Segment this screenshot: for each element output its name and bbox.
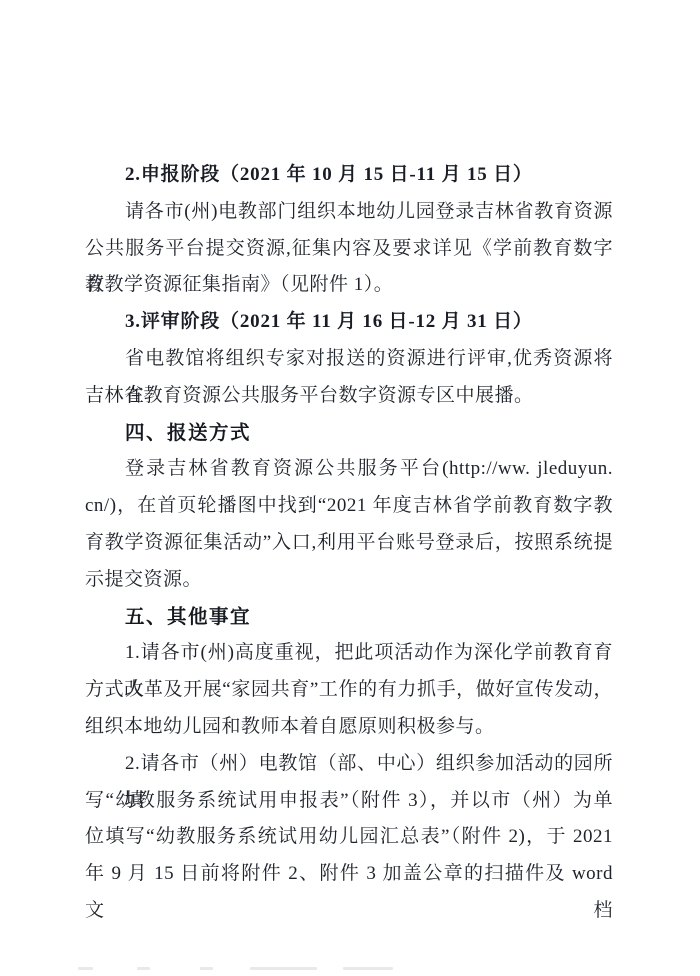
section-heading-other-matters: 五、其他事宜 (85, 599, 613, 636)
text-line: 登录吉林省教育资源公共服务平台(http://ww. jleduyun. (85, 451, 613, 488)
scan-artifact (78, 967, 93, 970)
scan-artifact (250, 967, 317, 970)
stage-heading-application: 2.申报阶段（2021 年 10 月 15 日-11 月 15 日） (85, 157, 613, 194)
stage-heading-review: 3.评审阶段（2021 年 11 月 16 日-12 月 31 日） (85, 304, 613, 341)
text-line: cn/)，在首页轮播图中找到“2021 年度吉林省学前教育数字教 (85, 488, 613, 525)
text-line: 公共服务平台提交资源,征集内容及要求详见《学前教育数字教 (85, 231, 613, 268)
document-body: 2.申报阶段（2021 年 10 月 15 日-11 月 15 日） 请各市(州… (85, 157, 613, 893)
text-line: 2.请各市（州）电教馆（部、中心）组织参加活动的园所填 (85, 746, 613, 783)
scan-artifact (137, 967, 150, 970)
text-line: 请各市(州)电教部门组织本地幼儿园登录吉林省教育资源 (85, 194, 613, 231)
scan-artifact (200, 967, 213, 970)
section-heading-submission-method: 四、报送方式 (85, 415, 613, 452)
text-line: 育教学资源征集指南》（见附件 1）。 (85, 267, 613, 304)
text-line: 省电教馆将组织专家对报送的资源进行评审,优秀资源将在 (85, 341, 613, 378)
text-line: 位填写“幼教服务系统试用幼儿园汇总表”（附件 2)，于 2021 (85, 819, 613, 856)
text-line: 写“幼教服务系统试用申报表”（附件 3），并以市（州）为单 (85, 783, 613, 820)
text-line: 吉林省教育资源公共服务平台数字资源专区中展播。 (85, 378, 613, 415)
text-line: 组织本地幼儿园和教师本着自愿原则积极参与。 (85, 709, 613, 746)
text-line: 年 9 月 15 日前将附件 2、附件 3 加盖公章的扫描件及 word 文档 (85, 856, 613, 893)
scan-artifact (343, 967, 393, 970)
text-line: 示提交资源。 (85, 562, 613, 599)
text-line: 1.请各市(州)高度重视，把此项活动作为深化学前教育育人 (85, 635, 613, 672)
text-line: 方式改革及开展“家园共育”工作的有力抓手，做好宣传发动， (85, 672, 613, 709)
document-page: 2.申报阶段（2021 年 10 月 15 日-11 月 15 日） 请各市(州… (0, 0, 700, 976)
text-line: 育教学资源征集活动”入口,利用平台账号登录后，按照系统提 (85, 525, 613, 562)
